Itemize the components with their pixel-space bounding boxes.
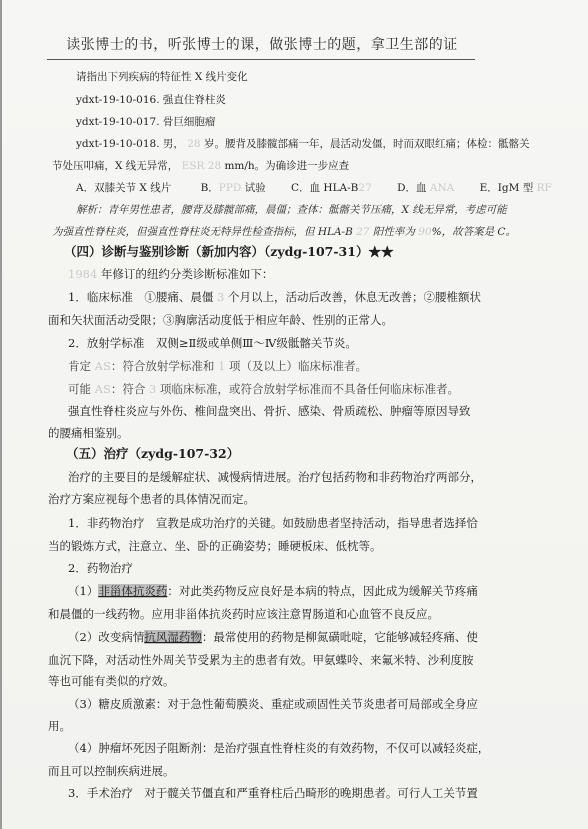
question-017: ydxt-19-10-017. 骨巨细胞瘤	[76, 115, 215, 129]
treatment-intro-line2: 治疗方案应视每个患者的具体情况而定。	[48, 492, 255, 506]
q018-text: 节处压叩痛，X 线无异常，	[52, 160, 178, 172]
definite-as: 肯定 AS：符合放射学标准和 1 项（及以上）临床标准者。	[68, 359, 367, 373]
header-divider	[47, 59, 475, 60]
nondrug-line2: 当的锻炼方式，注意立、坐、卧的正确姿势；睡硬板床、低枕等。	[48, 539, 382, 553]
option-c: C．血 HLA-B27	[291, 182, 372, 194]
section-4-intro: 1984 年修订的纽约分类诊断标准如下：	[68, 267, 273, 281]
drug-therapy-title: 2．药物治疗	[68, 561, 133, 575]
surgery-line1: 3．手术治疗 对于髋关节僵直和严重脊柱后凸畸形的晚期患者。可行人工关节置	[68, 786, 478, 800]
question-prompt: 请指出下列疾病的特征性 X 线片变化	[76, 70, 248, 84]
clinical-criteria-line2: 面和矢状面活动受限；③胸廓活动度低于相应年龄、性别的正常人。	[48, 313, 393, 327]
nsaid-line1: （1）非甾体抗炎药：对此类药物反应良好是本病的特点，因此成为缓解关节疼痛	[68, 584, 478, 598]
option-b: B．PPD 试验	[201, 182, 266, 194]
q018-esr-faint: ESR 28	[182, 160, 221, 172]
question-018-line1: ydxt-19-10-018. 男， 28 岁。腰背及膝髋部痛一年，晨活动发僵，…	[76, 137, 529, 151]
q018-text: mm/h。为确诊进一步应查	[224, 160, 349, 172]
page-header-slogan: 读张博士的书，听张博士的课，做张博士的题，拿卫生部的证	[49, 34, 475, 54]
nsaid-highlight: 非甾体抗炎药	[98, 584, 167, 598]
treatment-intro-line1: 治疗的主要目的是缓解症状、减慢病情进展。治疗包括药物和非药物治疗两部分，	[68, 470, 482, 484]
dmard-line1: （2）改变病情抗风湿药物：最常使用的药物是柳氮磺吡啶，它能够减轻疼痛、使	[68, 630, 478, 644]
section-4-heading: （四）诊断与鉴别诊断（新加内容）（zydg-107-31）★★	[64, 245, 393, 259]
question-018-line2: 节处压叩痛，X 线无异常， ESR 28 mm/h。为确诊进一步应查	[52, 159, 349, 173]
option-d: D．血 ANA	[397, 182, 454, 194]
tnf-line1: （4）肿瘤坏死因子阻断剂：是治疗强直性脊柱炎的有效药物，不仅可以减轻炎症，	[68, 741, 489, 755]
question-018-options: A．双膝关节 X 线片 B．PPD 试验 C．血 HLA-B27 D．血 ANA…	[76, 181, 496, 195]
tnf-line2: 而且可以控制疾病进展。	[48, 764, 175, 778]
nsaid-line2: 和晨僵的一线药物。应用非甾体抗炎药时应该注意胃肠道和心血管不良反应。	[48, 607, 439, 621]
differential-line1: 强直性脊柱炎应与外伤、椎间盘突出、骨折、感染、骨质疏松、肿瘤等原因导致	[68, 404, 471, 418]
option-a: A．双膝关节 X 线片	[76, 182, 171, 194]
dmard-highlight: 抗风湿药物	[144, 630, 202, 644]
q018-age-faint: 28	[187, 138, 200, 150]
steroid-line2: 用。	[48, 719, 71, 733]
option-e: E．IgM 型 RF	[480, 182, 552, 194]
section-5-heading: （五）治疗（zydg-107-32）	[66, 447, 239, 461]
dmard-line2: 血沉下降，对活动性外周关节受累为主的患者有效。甲氨蝶呤、来氟米特、沙利度胺	[48, 653, 474, 667]
analysis-line1: 解析：青年男性患者，腰背及膝髋部痛，晨僵；查体：骶髂关节压痛，X 线无异常，考虑…	[76, 203, 507, 217]
document-page: 读张博士的书，听张博士的课，做张博士的题，拿卫生部的证 请指出下列疾病的特征性 …	[0, 0, 588, 829]
q018-text: 岁。腰背及膝髋部痛一年，晨活动发僵，时而双眼红痛；体检：骶髂关	[204, 138, 530, 150]
dmard-line3: 等也可能有类似的疗效。	[48, 674, 175, 688]
nondrug-line1: 1．非药物治疗 宣教是成功治疗的关键。如鼓励患者坚持活动，指导患者选择恰	[68, 516, 478, 530]
probable-as: 可能 AS：符合 3 项临床标准，或符合放射学标准而不具备任何临床标准者。	[68, 382, 459, 396]
radiology-criteria: 2．放射学标准 双侧≥Ⅱ级或单侧Ⅲ～Ⅳ级骶髂关节炎。	[68, 336, 357, 350]
steroid-line1: （3）糖皮质激素：对于急性葡萄膜炎、重症或顽固性关节炎患者可局部或全身应	[68, 697, 478, 711]
analysis-line2: 为强直性脊柱炎，但强直性脊柱炎无特异性检查指标，但 HLA-B 27 阳性率为 …	[52, 225, 516, 239]
q018-text: ydxt-19-10-018. 男，	[76, 138, 184, 150]
differential-line2: 的腰痛相鉴别。	[48, 426, 129, 440]
clinical-criteria-line1: 1．临床标准 ①腰痛、晨僵 3 个月以上，活动后改善，休息无改善；②腰椎额状	[68, 290, 481, 304]
question-016: ydxt-19-10-016. 强直住脊柱炎	[76, 93, 226, 107]
